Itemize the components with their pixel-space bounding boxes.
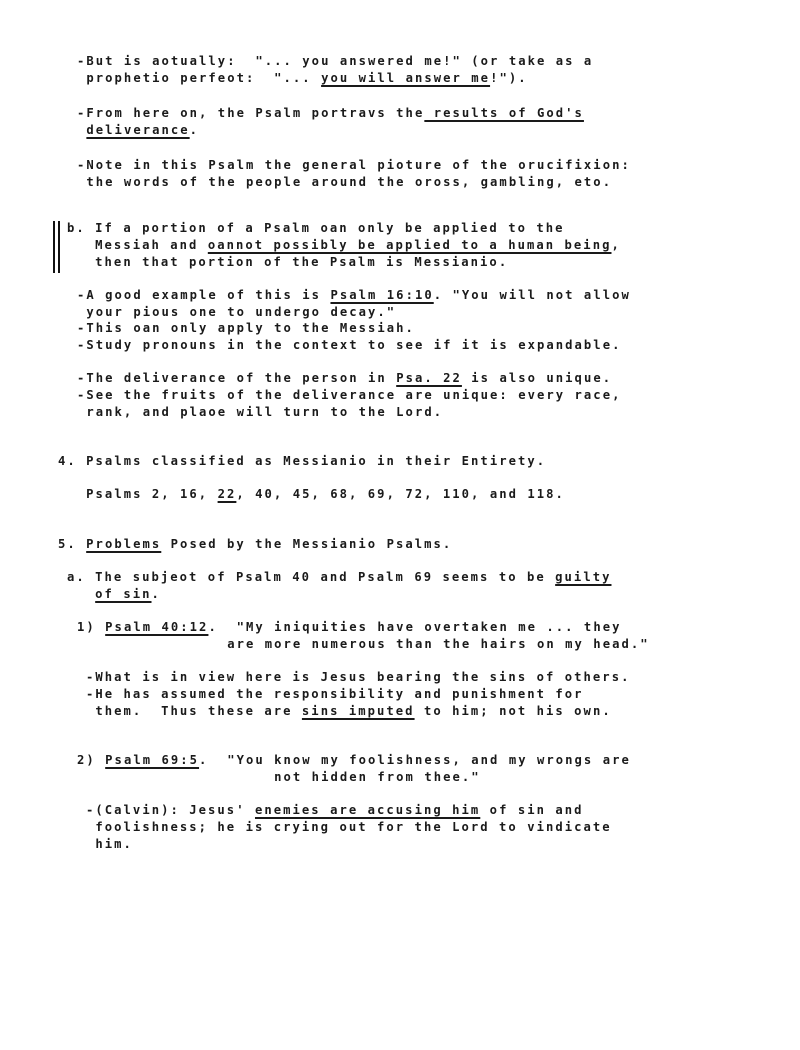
text-line: -He has assumed the responsibility and p… [86,686,584,702]
text-line: -See the fruits of the deliverance are u… [77,387,621,403]
line-text: a. The subjeot of Psalm 40 and Psalm 69 … [67,570,555,584]
line-text: your pious one to undergo decay." [77,305,396,319]
text-line: are more numerous than the hairs on my h… [77,636,650,652]
line-text: -The deliverance of the person in [77,371,396,385]
text-line: -But is aotually: "... you answered me!"… [77,53,593,69]
line-text: Messiah and [67,238,208,252]
underlined-text: guilty [555,570,611,584]
underlined-text: sins imputed [302,704,415,718]
text-line: -What is in view here is Jesus bearing t… [86,669,630,685]
line-text: . "My iniquities have overtaken me ... t… [208,620,621,634]
line-text: then that portion of the Psalm is Messia… [67,255,508,269]
document-page: -But is aotually: "... you answered me!"… [0,0,800,1050]
text-line: foolishness; he is crying out for the Lo… [86,819,612,835]
text-line: Messiah and oannot possibly be applied t… [67,237,621,253]
text-line: rank, and plaoe will turn to the Lord. [77,404,443,420]
line-text: not hidden from thee." [77,770,481,784]
text-line: then that portion of the Psalm is Messia… [67,254,508,270]
underlined-text: Problems [86,537,161,551]
underlined-text: Psa. 22 [396,371,462,385]
text-line: prophetio perfeot: "... you will answer … [77,70,528,86]
text-line: a. The subjeot of Psalm 40 and Psalm 69 … [67,569,611,585]
text-line: -The deliverance of the person in Psa. 2… [77,370,612,386]
line-text: to him; not his own. [415,704,612,718]
line-text: prophetio perfeot: "... [77,71,321,85]
underlined-text: Psalm 40:12 [105,620,208,634]
text-line: the words of the people around the oross… [77,174,612,190]
text-line: -A good example of this is Psalm 16:10. … [77,287,631,303]
underlined-text: Psalm 16:10 [330,288,433,302]
line-text: , [611,238,620,252]
line-text: -Note in this Psalm the general pioture … [77,158,631,172]
underlined-text: of sin [95,587,151,601]
line-text: -Study pronouns in the context to see if… [77,338,621,352]
line-text: 1) [77,620,105,634]
text-line: deliverance. [77,122,199,138]
line-text: is also unique. [462,371,612,385]
line-text: . [190,123,199,137]
text-line: your pious one to undergo decay." [77,304,396,320]
text-line: -(Calvin): Jesus' enemies are accusing h… [86,802,584,818]
margin-bracket-mark [53,221,60,273]
line-text: !"). [490,71,528,85]
text-line: -Study pronouns in the context to see if… [77,337,621,353]
line-text: , 40, 45, 68, 69, 72, 110, and 118. [236,487,565,501]
line-text: b. If a portion of a Psalm oan only be a… [67,221,565,235]
underlined-text: enemies are accusing him [255,803,480,817]
line-text: 2) [77,753,105,767]
line-text: Psalms 2, 16, [58,487,218,501]
text-line: of sin. [67,586,161,602]
line-text: -(Calvin): Jesus' [86,803,255,817]
text-line: 1) Psalm 40:12. "My iniquities have over… [77,619,622,635]
line-text: -He has assumed the responsibility and p… [86,687,584,701]
line-text: the words of the people around the oross… [77,175,612,189]
underlined-text: oannot possibly be applied to a human be… [208,238,612,252]
text-line: -From here on, the Psalm portravs the re… [77,105,584,121]
underlined-text: Psalm 69:5 [105,753,199,767]
line-text: . [152,587,161,601]
text-line: -Note in this Psalm the general pioture … [77,157,631,173]
line-text: -This oan only apply to the Messiah. [77,321,415,335]
text-line: him. [86,836,133,852]
line-text: -From here on, the Psalm portravs the [77,106,424,120]
text-line: 2) Psalm 69:5. "You know my foolishness,… [77,752,631,768]
line-text [77,123,86,137]
line-text: them. Thus these are [86,704,302,718]
line-text: are more numerous than the hairs on my h… [77,637,650,651]
line-text: him. [86,837,133,851]
line-text: -But is aotually: "... you answered me!"… [77,54,593,68]
text-line: b. If a portion of a Psalm oan only be a… [67,220,565,236]
line-text: -See the fruits of the deliverance are u… [77,388,621,402]
line-text: Posed by the Messianio Psalms. [161,537,452,551]
line-text: 4. Psalms classified as Messianio in the… [58,454,546,468]
line-text: rank, and plaoe will turn to the Lord. [77,405,443,419]
line-text: -A good example of this is [77,288,330,302]
line-text: . "You will not allow [434,288,631,302]
text-line: Psalms 2, 16, 22, 40, 45, 68, 69, 72, 11… [58,486,565,502]
text-line: not hidden from thee." [77,769,481,785]
underlined-text: deliverance [86,123,189,137]
line-text: -What is in view here is Jesus bearing t… [86,670,630,684]
line-text: . "You know my foolishness, and my wrong… [199,753,631,767]
underlined-text: results of God's [424,106,584,120]
underlined-text: you will answer me [321,71,490,85]
line-text: of sin and [480,803,583,817]
section-heading: 4. Psalms classified as Messianio in the… [58,453,546,469]
line-text [67,587,95,601]
underlined-text: 22 [218,487,237,501]
text-line: -This oan only apply to the Messiah. [77,320,415,336]
section-heading: 5. Problems Posed by the Messianio Psalm… [58,536,452,552]
line-text: foolishness; he is crying out for the Lo… [86,820,612,834]
line-text: 5. [58,537,86,551]
text-line: them. Thus these are sins imputed to him… [86,703,612,719]
